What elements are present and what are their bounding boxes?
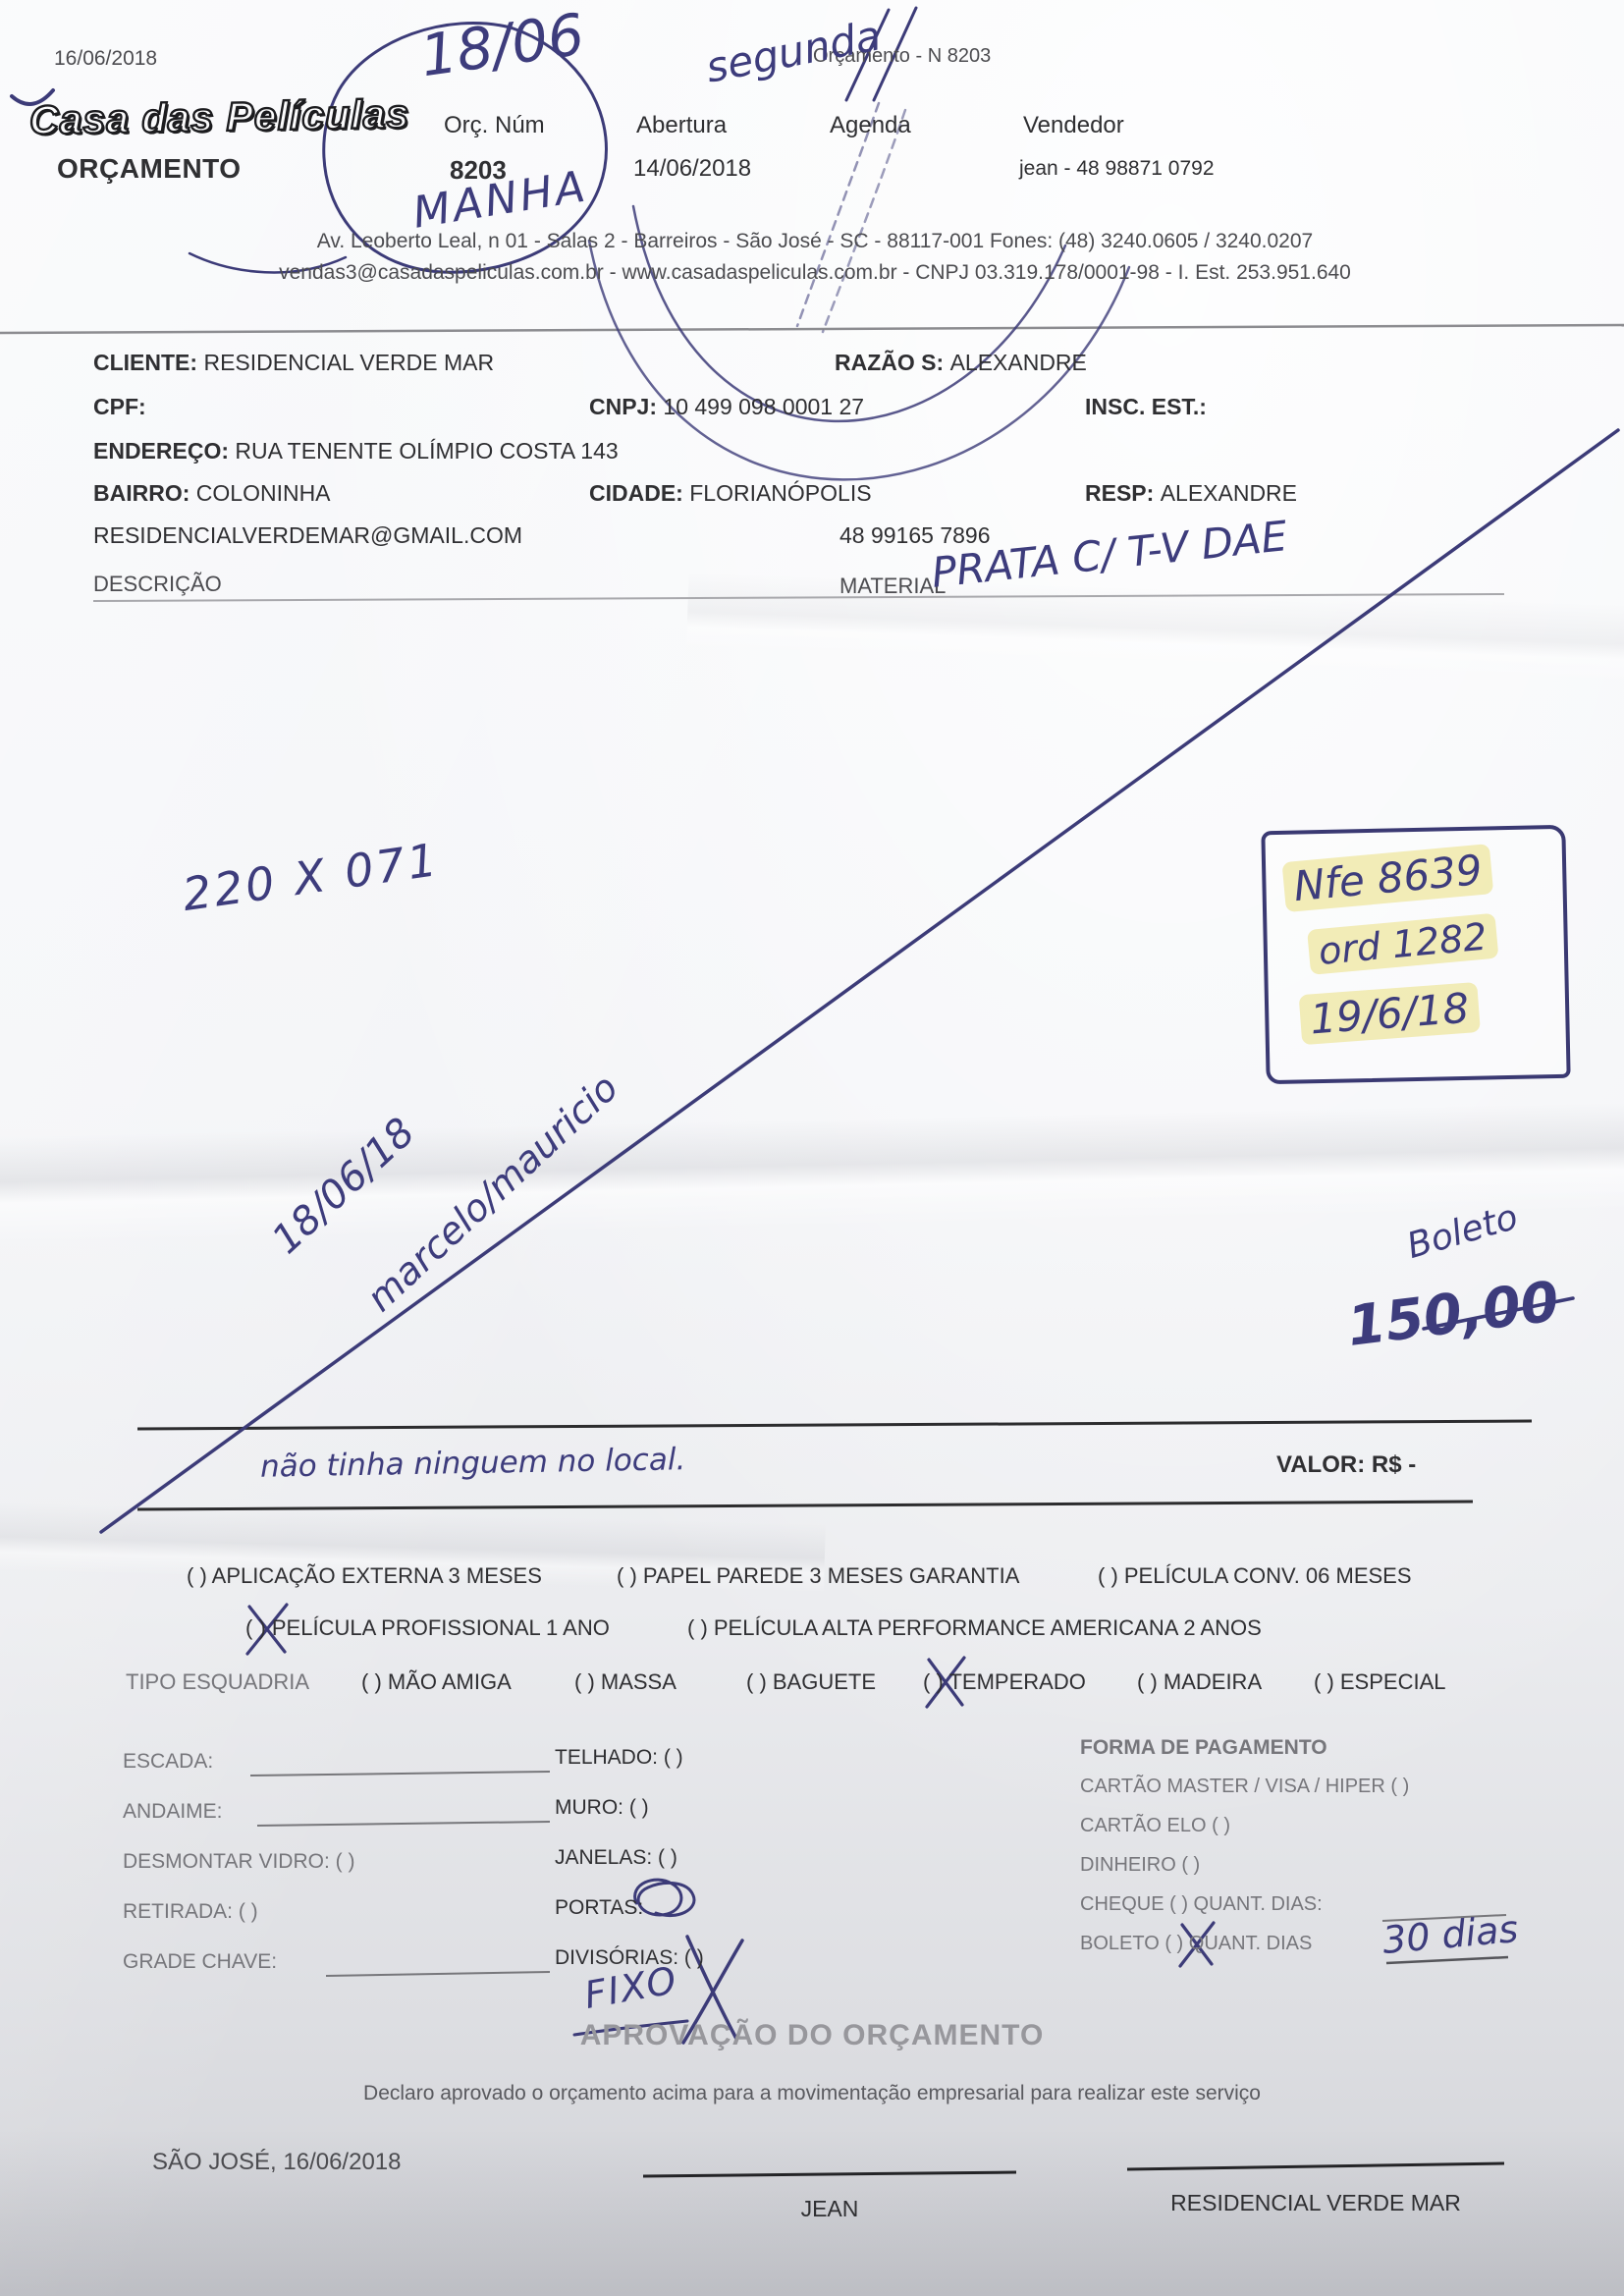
field-telhado: TELHADO: ( )	[555, 1746, 683, 1770]
approval-declaration: Declaro aprovado o orçamento acima para …	[0, 2082, 1624, 2105]
warranty-pelicula-profissional: ( ) PELÍCULA PROFISSIONAL 1 ANO	[245, 1615, 610, 1641]
bairro-row: BAIRRO: COLONINHA	[93, 480, 331, 507]
note-date-text: 19/6/18	[1299, 982, 1481, 1045]
vendedor-label: Vendedor	[1023, 112, 1124, 139]
field-retirada: RETIRADA: ( )	[123, 1900, 258, 1924]
handwritten-visit-note: não tinha ninguem no local.	[260, 1442, 686, 1485]
esquadria-baguete: ( ) BAGUETE	[746, 1669, 876, 1695]
bairro-label: BAIRRO:	[93, 480, 189, 506]
cliente-label: CLIENTE:	[93, 350, 197, 375]
handwritten-diagonal-date: 18/06/18	[264, 1110, 424, 1263]
resp-row: RESP: ALEXANDRE	[1085, 480, 1297, 507]
endereco-label: ENDEREÇO:	[93, 438, 229, 464]
note-ord-text: ord 1282	[1307, 913, 1498, 975]
warranty-pelicula-alta-performance: ( ) PELÍCULA ALTA PERFORMANCE AMERICANA …	[687, 1615, 1262, 1641]
agenda-label: Agenda	[830, 112, 911, 139]
tipo-esquadria-label: TIPO ESQUADRIA	[126, 1669, 309, 1695]
material-label: MATERIAL	[839, 574, 946, 599]
cnpj-label: CNPJ:	[589, 394, 657, 419]
descricao-material-underline	[93, 594, 1504, 601]
paper-crease	[0, 1102, 1624, 1245]
escada-underline	[250, 1772, 550, 1776]
signature-name-jean: JEAN	[687, 2196, 972, 2222]
bairro-value: COLONINHA	[196, 480, 331, 506]
payment-cartao-master: CARTÃO MASTER / VISA / HIPER ( )	[1080, 1776, 1409, 1798]
esquadria-madeira: ( ) MADEIRA	[1137, 1669, 1262, 1695]
abertura-value: 14/06/2018	[633, 155, 751, 183]
note-nfe: Nfe 8639	[1282, 845, 1494, 911]
cnpj-value: 10 499 098 0001 27	[663, 394, 864, 419]
descricao-label: DESCRIÇÃO	[93, 572, 222, 597]
handwritten-boleto: Boleto	[1403, 1197, 1523, 1267]
razao-label: RAZÃO S:	[835, 350, 944, 375]
signature-name-cliente: RESIDENCIAL VERDE MAR	[1124, 2190, 1507, 2216]
warranty-pelicula-conv: ( ) PELÍCULA CONV. 06 MESES	[1098, 1563, 1412, 1589]
handwritten-quant-dias: 30 dias	[1380, 1907, 1520, 1962]
orc-num-label: Orç. Núm	[444, 112, 545, 139]
field-muro: MURO: ( )	[555, 1796, 649, 1820]
resp-value: ALEXANDRE	[1161, 480, 1297, 506]
valor-line-top	[137, 1421, 1532, 1429]
vendedor-value: jean - 48 98871 0792	[1019, 157, 1215, 181]
handwritten-weekday: segunda	[702, 11, 885, 91]
field-portas: PORTAS:	[555, 1896, 643, 1920]
andaime-underline	[257, 1822, 550, 1826]
header-separator-line	[0, 325, 1624, 333]
handwritten-date: 18/06	[416, 1, 588, 90]
cnpj-row: CNPJ: 10 499 098 0001 27	[589, 394, 864, 420]
endereco-row: ENDEREÇO: RUA TENENTE OLÍMPIO COSTA 143	[93, 438, 619, 465]
company-logo: Casa das Películas	[29, 91, 410, 144]
handwritten-diagonal-names: marcelo/mauricio	[358, 1066, 626, 1320]
company-address: Av. Leoberto Leal, n 01 - Salas 2 - Barr…	[167, 230, 1463, 253]
payment-cheque: CHEQUE ( ) QUANT. DIAS:	[1080, 1893, 1323, 1916]
note-nfe-text: Nfe 8639	[1281, 844, 1493, 912]
payment-dinheiro: DINHEIRO ( )	[1080, 1854, 1200, 1877]
handwritten-amount: 150,00	[1344, 1270, 1562, 1359]
field-escada: ESCADA:	[123, 1750, 213, 1774]
valor-label: VALOR: R$ -	[1276, 1451, 1416, 1479]
resp-label: RESP:	[1085, 480, 1154, 506]
scanned-order-form: 16/06/2018 Orçamento - N 8203 Casa das P…	[0, 0, 1624, 2296]
cpf-label: CPF:	[93, 394, 146, 420]
signature-line-jean	[643, 2172, 1016, 2176]
handwritten-dimensions: 220 X 071	[180, 833, 443, 921]
handwritten-note-box: Nfe 8639 ord 1282 19/6/18	[1261, 825, 1570, 1084]
scan-date: 16/06/2018	[54, 47, 157, 71]
payment-title: FORMA DE PAGAMENTO	[1080, 1736, 1327, 1760]
approval-title: APROVAÇÃO DO ORÇAMENTO	[0, 2019, 1624, 2052]
note-ord: ord 1282	[1307, 914, 1498, 974]
client-email: RESIDENCIALVERDEMAR@GMAIL.COM	[93, 522, 522, 549]
warranty-papel-parede: ( ) PAPEL PAREDE 3 MESES GARANTIA	[617, 1563, 1019, 1589]
field-andaime: ANDAIME:	[123, 1800, 223, 1824]
payment-cartao-elo: CARTÃO ELO ( )	[1080, 1815, 1230, 1837]
place-date: SÃO JOSÉ, 16/06/2018	[152, 2149, 402, 2176]
cidade-label: CIDADE:	[589, 480, 683, 506]
pen-dashed-slash-2	[823, 110, 905, 332]
paper-crease	[686, 573, 1624, 685]
valor-line-bottom	[137, 1502, 1473, 1509]
warranty-aplicacao-externa: ( ) APLICAÇÃO EXTERNA 3 MESES	[187, 1563, 542, 1589]
grade-chave-underline	[326, 1972, 550, 1976]
cliente-value: RESIDENCIAL VERDE MAR	[203, 350, 494, 375]
payment-boleto: BOLETO ( ) QUANT. DIAS	[1080, 1933, 1312, 1955]
esquadria-temperado: ( ) TEMPERADO	[923, 1669, 1086, 1695]
note-date: 19/6/18	[1299, 983, 1481, 1044]
signature-line-cliente	[1127, 2163, 1504, 2169]
client-name-row: CLIENTE: RESIDENCIAL VERDE MAR	[93, 350, 494, 376]
endereco-value: RUA TENENTE OLÍMPIO COSTA 143	[235, 438, 618, 464]
doc-type-title: ORÇAMENTO	[57, 153, 242, 185]
portas-scribble	[635, 1880, 694, 1915]
abertura-label: Abertura	[636, 112, 727, 139]
field-desmontar-vidro: DESMONTAR VIDRO: ( )	[123, 1850, 354, 1874]
company-contact: vendas3@casadaspeliculas.com.br - www.ca…	[167, 261, 1463, 285]
field-janelas: JANELAS: ( )	[555, 1846, 677, 1870]
esquadria-massa: ( ) MASSA	[574, 1669, 677, 1695]
cidade-value: FLORIANÓPOLIS	[689, 480, 871, 506]
razao-row: RAZÃO S: ALEXANDRE	[835, 350, 1087, 376]
cidade-row: CIDADE: FLORIANÓPOLIS	[589, 480, 872, 507]
razao-value: ALEXANDRE	[950, 350, 1087, 375]
esquadria-especial: ( ) ESPECIAL	[1314, 1669, 1445, 1695]
field-grade-chave: GRADE CHAVE:	[123, 1950, 277, 1974]
insc-est-label: INSC. EST.:	[1085, 394, 1207, 420]
esquadria-mao-amiga: ( ) MÃO AMIGA	[361, 1669, 512, 1695]
